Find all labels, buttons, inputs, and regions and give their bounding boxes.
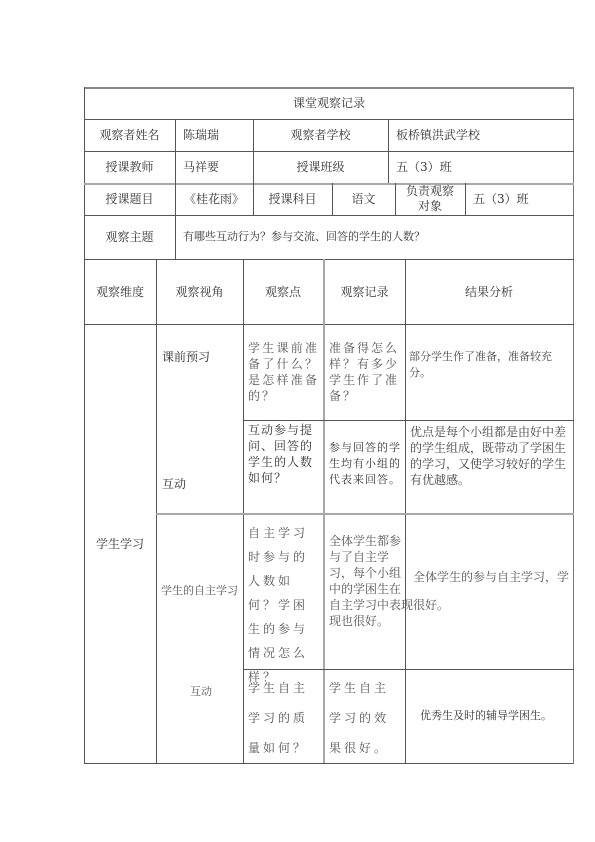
observe-target-label: 负责观察 对象 [395,183,465,215]
theme-label-text: 观察主题 [105,229,153,245]
row3-analysis-line1: 全体学生的参与自主学习，学 [413,569,569,585]
teacher-value-text: 马祥要 [183,159,219,175]
row1-point: 学生课前准备了什么？是怎样准备的？ [243,324,323,420]
column-header-record: 观察记录 [324,259,405,324]
theme-value-text: 有哪些互动行为？参与交流、回答的学生的人数？ [183,229,425,245]
theme-value: 有哪些互动行为？参与交流、回答的学生的人数？ [175,215,573,259]
row2-point: 互动参与提问、回答的学生的人数如何？ [243,420,323,513]
column-header-point: 观察点 [243,259,323,324]
observer-school-value: 板桥镇洪武学校 [388,119,573,151]
column-header-analysis: 结果分析 [405,259,573,324]
row2-record: 参与回答的学生均有小组的代表来回答。 [324,420,405,513]
teacher-label: 授课教师 [84,151,175,183]
class-value-text: 五（3）班 [396,159,452,175]
row4-analysis-text: 优秀生及时的辅导学困生。 [420,707,552,723]
observer-name-label: 观察者姓名 [84,119,175,151]
class-label: 授课班级 [253,151,388,183]
row2-record-text: 参与回答的学生均有小组的代表来回答。 [329,440,402,488]
topic-label-text: 授课题目 [105,191,153,207]
perspective-interaction-text: 互动 [162,475,186,492]
observer-name-value-text: 陈瑞瑞 [183,127,219,143]
row3-analysis: 全体学生的参与自主学习，学 现很好。 [395,513,573,669]
observer-name-value: 陈瑞瑞 [175,119,253,151]
observer-school-value-text: 板桥镇洪武学校 [396,127,480,143]
class-value: 五（3）班 [388,151,573,183]
subject-value: 语文 [332,183,395,215]
document-title: 课堂观察记录 [84,87,574,119]
perspective-interaction-2-text: 互动 [190,683,212,699]
observer-name-label-text: 观察者姓名 [99,127,159,143]
perspective-self-study: 学生的自主学习 [156,513,243,669]
topic-value: 《桂花雨》 [175,183,253,215]
column-header-text: 观察点 [265,284,301,300]
row2-analysis: 优点是每个小组都是由好中差的学生组成，既带动了学困生的学习，又使学习较好的学生有… [405,420,573,513]
column-header-perspective: 观察视角 [156,259,243,324]
teacher-label-text: 授课教师 [105,159,153,175]
dimension-text: 学生学习 [96,536,144,552]
observer-school-label-text: 观察者学校 [290,127,350,143]
row1-record-text: 准备得怎么样？有多少学生作了准备？ [329,340,401,404]
row3-record: 全体学生都参与了自主学习，每个小组中的学困生在自主学习中表现也很好。 [324,513,405,669]
row4-point-text: 学生自主学习的质量如何？ [248,673,319,763]
observer-school-label: 观察者学校 [253,119,388,151]
row4-analysis: 优秀生及时的辅导学困生。 [405,669,573,763]
observe-target-value: 五（3）班 [465,183,573,215]
row1-analysis: 部分学生作了准备，准备较充分。 [405,324,573,420]
row4-record: 学生自主学习的效果很好。 [324,669,405,763]
row2-point-text: 互动参与提问、回答的学生的人数如何？ [248,422,319,486]
subject-label: 授课科目 [253,183,332,215]
table-border-bottom [84,763,574,764]
column-header-text: 观察维度 [96,284,144,300]
observe-target-label-line2: 对象 [418,199,442,214]
topic-value-text: 《桂花雨》 [184,191,244,207]
row1-analysis-text: 部分学生作了准备，准备较充分。 [409,350,552,379]
observe-target-value-text: 五（3）班 [473,191,529,207]
subject-label-text: 授课科目 [268,191,316,207]
theme-label: 观察主题 [84,215,175,259]
column-header-text: 结果分析 [465,284,513,300]
subject-value-text: 语文 [351,191,375,207]
perspective-interaction-2: 互动 [156,669,243,763]
row2-analysis-text: 优点是每个小组都是由好中差的学生组成，既带动了学困生的学习，又使学习较好的学生有… [410,425,566,487]
table-border-right [573,87,574,764]
row4-point: 学生自主学习的质量如何？ [243,669,323,763]
row3-record-text: 全体学生都参与了自主学习，每个小组中的学困生在自主学习中表现也很好。 [329,533,401,629]
topic-label: 授课题目 [84,183,175,215]
column-header-text: 观察记录 [340,284,388,300]
row1-point-text: 学生课前准备了什么？是怎样准备的？ [248,340,319,404]
document-title-text: 课堂观察记录 [293,95,365,111]
perspective-self-study-text: 学生的自主学习 [161,583,238,599]
row3-point: 自主学习时参与的人数如何？学困生的参与情况怎么样？ [243,513,323,669]
row3-point-text: 自主学习时参与的人数如何？学困生的参与情况怎么样？ [248,521,319,689]
row4-record-text: 学生自主学习的效果很好。 [329,673,401,763]
column-header-text: 观察视角 [175,284,223,300]
perspective-cell-merged: 课前预习 互动 [156,324,243,513]
perspective-preview-text: 课前预习 [162,348,210,365]
row1-record: 准备得怎么样？有多少学生作了准备？ [324,324,405,420]
row3-analysis-line2: 现很好。 [401,597,449,613]
observe-target-label-line1: 负责观察 [406,184,454,199]
column-header-dimension: 观察维度 [84,259,156,324]
dimension-cell: 学生学习 [84,324,156,763]
class-label-text: 授课班级 [296,159,344,175]
teacher-value: 马祥要 [175,151,253,183]
